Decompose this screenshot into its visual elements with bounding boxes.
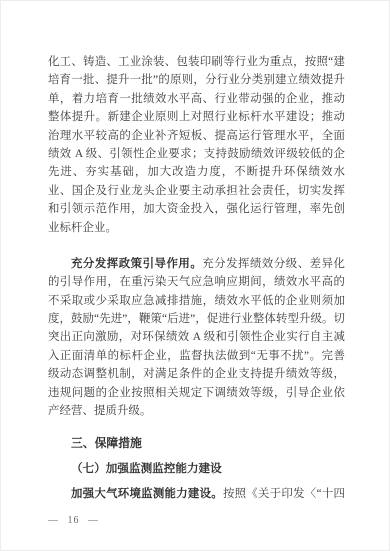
paragraph-lead-bold: 加强大气环境监测能力建设。 <box>71 488 223 500</box>
paragraph-lead-bold: 充分发挥政策引导作用。 <box>71 258 202 270</box>
text-line: 整体提升。新建企业原则上对照行业标杆水平建设；推动基础较好、 <box>48 108 345 126</box>
text-line: 入正面清单的标杆企业，监督执法做到“无事不扰”。完善绩效等 <box>48 347 345 365</box>
text-line: 单，着力培育一批绩效水平高、行业带动强的企业，推动环保水平 <box>48 90 345 108</box>
text-line: 违规问题的企业按照相关规定下调绩效等级，引导企业依法依规生 <box>48 384 345 402</box>
text-line: 的引导作用，在重污染天气应急响应期间，绩效水平高的企业可以 <box>48 273 345 291</box>
text-line: 治理水平较高的企业补齐短板、提高运行管理水平，全面达到环保 <box>48 127 345 145</box>
page-number-footer: — 16 — <box>48 515 99 526</box>
document-page: 化工、铸造、工业涂装、包装印刷等行业为重点，按照“建设一批、 培育一批、提升一批… <box>0 0 390 551</box>
text-line: 先进、夯实基础，加大改造力度，不断提升环保绩效水平。中央企 <box>48 163 345 181</box>
text-line: 度，鼓励“先进”，鞭策“后进”，促进行业整体转型升级。切实 <box>48 310 345 328</box>
text-line: 突出正向激励，对环保绩效 A 级和引领性企业实行自主减排，对纳 <box>48 328 345 346</box>
text-line: 业、国企及行业龙头企业要主动承担社会责任，切实发挥模范带头 <box>48 182 345 200</box>
text-line: 业标杆企业。 <box>48 219 345 237</box>
text-line: 产经营、提质升级。 <box>48 402 345 420</box>
text-line: 化工、铸造、工业涂装、包装印刷等行业为重点，按照“建设一批、 <box>48 53 345 71</box>
sub-section-heading: （七）加强监测监控能力建设 <box>48 459 345 478</box>
paragraph-policy-guidance: 充分发挥政策引导作用。充分发挥绩效分级、差异化管控措施 的引导作用，在重污染天气… <box>48 255 345 421</box>
text-line: 绩效 A 级、引领性企业要求；支持鼓励绩效评级较低的企业，对标 <box>48 145 345 163</box>
text-line: 级动态调整机制，对满足条件的企业支持提升绩效等级，对有违法 <box>48 365 345 383</box>
paragraph-continued: 化工、铸造、工业涂装、包装印刷等行业为重点，按照“建设一批、 培育一批、提升一批… <box>48 53 345 237</box>
text-line: 和引领示范作用，加大资金投入，强化运行管理，率先创建一批行 <box>48 200 345 218</box>
text-line: 不采取或少采取应急减排措施，绩效水平低的企业则须加大减排力 <box>48 292 345 310</box>
text-line: 充分发挥政策引导作用。充分发挥绩效分级、差异化管控措施 <box>48 255 345 273</box>
section-heading: 三、保障措施 <box>48 434 345 453</box>
text-line: 加强大气环境监测能力建设。按照《关于印发〈“十四五”全 <box>48 485 345 503</box>
text-line: 培育一批、提升一批”的原则，分行业分类别建立绩效提升企业名 <box>48 71 345 89</box>
paragraph-monitoring: 加强大气环境监测能力建设。按照《关于印发〈“十四五”全 <box>48 485 345 503</box>
